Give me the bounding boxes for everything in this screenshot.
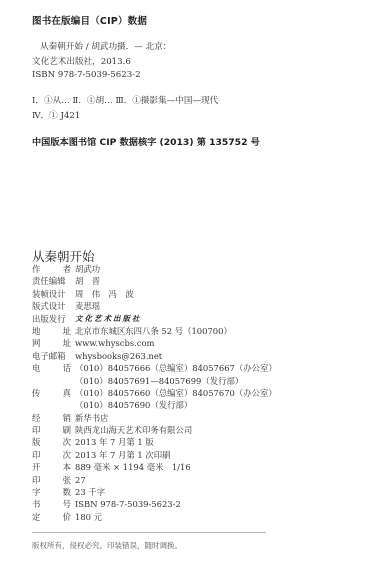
colophon-label-part: 次 [63,436,71,448]
colophon-value: 陕西龙山海天艺术印务有限公司 [75,424,277,436]
colophon-label-part: 次 [63,449,71,461]
colophon-label-part: 印 [32,424,40,436]
colophon-label-part: 电 [32,362,40,374]
colophon-value: 麦思瑶 [75,300,277,312]
cip-line-isbn: ISBN 978-7-5039-5623-2 [32,70,141,80]
cip-line-class-code: Ⅳ．① J421 [32,109,80,121]
colophon-label-part: 定 [32,511,40,523]
colophon-value: （010）84057691—84057699（发行部） [75,375,277,387]
colophon-label-part: 数 [63,486,71,498]
colophon-label: 责任编辑 [32,275,75,287]
colophon-label: 印张 [32,474,75,486]
colophon-value: 180 元 [75,511,277,523]
colophon-label: 传真 [32,387,75,399]
colophon-label-part: 传 [32,387,40,399]
colophon-row: 字数23 千字 [32,486,277,498]
colophon-label: 作者 [32,263,75,275]
colophon-label-part: 话 [63,362,71,374]
colophon-value: 23 千字 [75,486,277,498]
colophon-row: 经销新华书店 [32,412,277,424]
colophon-label: 经销 [32,412,75,424]
colophon-label-part: 号 [63,498,71,510]
colophon-label-part: 字 [32,486,40,498]
colophon-label-part: 版 [32,436,40,448]
colophon-value: www.whyscbs.com [75,337,277,349]
colophon-label: 字数 [32,486,75,498]
colophon-label-part: 者 [63,263,71,275]
colophon-label-part: 网 [32,337,40,349]
colophon-value: 北京市东城区东四八条 52 号（100700） [75,325,277,337]
colophon-value: （010）84057660（总编室）84057670（办公室） [75,387,277,399]
colophon-value: （010）84057690（发行部） [75,399,277,411]
colophon-label-part: 址 [63,337,71,349]
colophon-label-part: 装帧设计 [32,288,66,300]
colophon-label-part: 书 [32,498,40,510]
colophon-label: 装帧设计 [32,288,75,300]
colophon-row: 作者胡武功 [32,263,277,275]
colophon-row: 印次2013 年 7 月第 1 次印刷 [32,449,277,461]
colophon-label: 书号 [32,498,75,510]
colophon-row: 网址www.whyscbs.com [32,337,277,349]
colophon-label: 开本 [32,461,75,473]
colophon-row: 书号ISBN 978-7-5039-5623-2 [32,498,277,510]
colophon-label: 网址 [32,337,75,349]
colophon-row: 地址北京市东城区东四八条 52 号（100700） [32,325,277,337]
colophon-label-part: 地 [32,325,40,337]
colophon-row: 定价180 元 [32,511,277,523]
cip-line-classification: Ⅰ．①从… Ⅱ．①胡… Ⅲ．①摄影集—中国—现代 [32,94,218,106]
colophon-label: 版次 [32,436,75,448]
colophon-label: 电话 [32,362,75,374]
colophon-label [32,375,75,387]
footer-divider [32,532,266,533]
colophon-row: （010）84057691—84057699（发行部） [32,375,277,387]
colophon-value: （010）84057666（总编室）84057667（办公室） [75,362,277,374]
cip-line-publisher: 文化艺术出版社，2013.6 [32,55,131,67]
colophon-label-part: 销 [63,412,71,424]
copyright-notice: 版权所有，侵权必究。印装错误，随时调换。 [32,540,182,551]
colophon-label-part: 印 [32,449,40,461]
colophon-value: 27 [75,474,277,486]
colophon-label: 印次 [32,449,75,461]
colophon-row: （010）84057690（发行部） [32,399,277,411]
colophon-row: 责任编辑胡 晋 [32,275,277,287]
colophon-value: 胡 晋 [75,275,277,287]
colophon-label: 版式设计 [32,300,75,312]
colophon-label: 定价 [32,511,75,523]
colophon-label-part: 开 [32,461,40,473]
colophon-row: 开本889 毫米 × 1194 毫米 1/16 [32,461,277,473]
colophon-label-part: 经 [32,412,40,424]
cip-record-number: 中国版本图书馆 CIP 数据核字 (2013) 第 135752 号 [32,134,260,148]
colophon-label: 电子邮箱 [32,350,75,362]
colophon-label-part: 印 [32,474,40,486]
colophon-label: 地址 [32,325,75,337]
colophon-label-part: 责任编辑 [32,275,66,287]
colophon-label-part: 址 [63,325,71,337]
colophon-value: 2013 年 7 月第 1 版 [75,436,277,448]
colophon-row: 版式设计麦思瑶 [32,300,277,312]
colophon-value: 胡武功 [75,263,277,275]
colophon-label [32,399,75,411]
colophon-value: 2013 年 7 月第 1 次印刷 [75,449,277,461]
colophon-label-part: 本 [63,461,71,473]
colophon-label-part: 出版发行 [32,313,66,325]
colophon-row: 印张27 [32,474,277,486]
colophon-value: 889 毫米 × 1194 毫米 1/16 [75,461,277,473]
colophon-row: 印刷陕西龙山海天艺术印务有限公司 [32,424,277,436]
colophon-label-part: 电子邮箱 [32,350,66,362]
colophon-label: 印刷 [32,424,75,436]
colophon-label-part: 真 [63,387,71,399]
cip-heading: 图书在版编目（CIP）数据 [32,13,147,27]
colophon-value: 文化艺术出版社 [75,313,277,325]
colophon-value: 新华书店 [75,412,277,424]
colophon-label-part: 价 [63,511,71,523]
cip-line-title: 从秦朝开始 / 胡武功摄．— 北京： [40,40,171,52]
colophon-label-part: 刷 [63,424,71,436]
colophon-value: 周 伟 冯 波 [75,288,277,300]
colophon-label: 出版发行 [32,313,75,325]
colophon-row: 装帧设计周 伟 冯 波 [32,288,277,300]
colophon-value: ISBN 978-7-5039-5623-2 [75,498,277,510]
colophon-row: 传真（010）84057660（总编室）84057670（办公室） [32,387,277,399]
colophon-row: 出版发行文化艺术出版社 [32,313,277,325]
colophon-label-part: 张 [63,474,71,486]
colophon-row: 电子邮箱whysbooks@263.net [32,350,277,362]
colophon-row: 版次2013 年 7 月第 1 版 [32,436,277,448]
colophon-table: 作者胡武功责任编辑胡 晋装帧设计周 伟 冯 波版式设计麦思瑶出版发行文化艺术出版… [32,263,277,523]
colophon-label-part: 作 [32,263,40,275]
colophon-row: 电话（010）84057666（总编室）84057667（办公室） [32,362,277,374]
colophon-label-part: 版式设计 [32,300,66,312]
colophon-value: whysbooks@263.net [75,350,277,362]
